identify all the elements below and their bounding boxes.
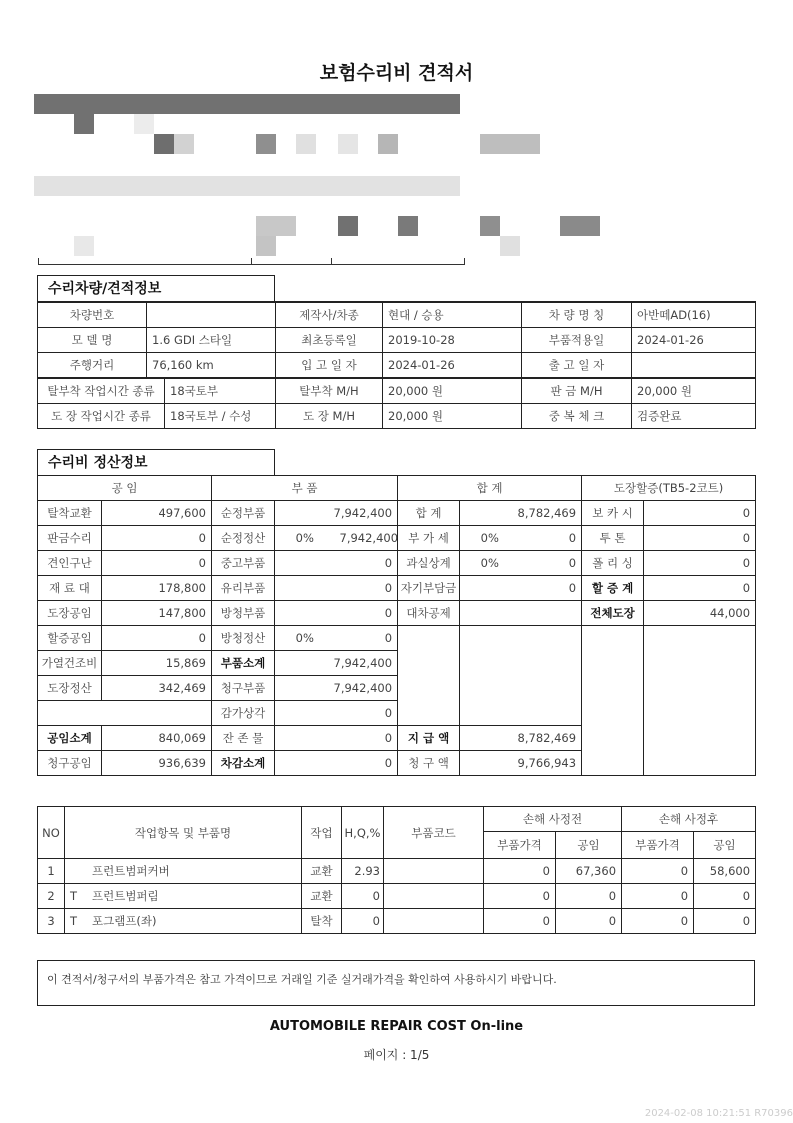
total-pct: 0% <box>460 551 520 576</box>
vehicle-row: 차량번호 제작사/차종 현대 / 승용 차 량 명 칭 아반떼AD(16) <box>38 302 756 328</box>
total-value: 0 <box>520 551 582 576</box>
item-flag: T <box>70 914 92 928</box>
item-after-part: 0 <box>622 909 694 934</box>
print-timestamp: 2024-02-08 10:21:51 R70396 <box>645 1108 793 1119</box>
vehicle-row: 모 델 명 1.6 GDI 스타일 최초등록일 2019-10-28 부품적용일… <box>38 328 756 353</box>
table-row: 3 T포그램프(좌) 탈착 0 0 0 0 0 <box>38 909 756 934</box>
label-car-name: 차 량 명 칭 <box>522 302 632 328</box>
value-model: 1.6 GDI 스타일 <box>147 328 276 353</box>
paint-value: 0 <box>644 551 756 576</box>
items-table: NO 작업항목 및 부품명 작업 H,Q,% 부품코드 손해 사정전 손해 사정… <box>37 806 756 934</box>
label-plate: 차량번호 <box>38 302 147 328</box>
header-after: 손해 사정후 <box>622 807 756 832</box>
header-before-labor: 공임 <box>556 832 622 859</box>
item-code <box>384 884 484 909</box>
label-detach-type: 탈부착 작업시간 종류 <box>38 378 165 404</box>
item-after-labor: 58,600 <box>694 859 756 884</box>
item-before-part: 0 <box>484 909 556 934</box>
labor-value: 0 <box>102 526 212 551</box>
item-no: 3 <box>38 909 65 934</box>
parts-label: 부품소계 <box>212 651 275 676</box>
empty-cell <box>644 626 756 776</box>
paint-label: 폴 리 싱 <box>582 551 644 576</box>
label-sheet-mh: 판 금 M/H <box>522 378 632 404</box>
value-paint-mh: 20,000 원 <box>383 404 522 429</box>
col-header-parts: 부 품 <box>212 476 398 501</box>
header-code: 부품코드 <box>384 807 484 859</box>
value-paint-type: 18국토부 / 수성 <box>165 404 276 429</box>
parts-value: 0 <box>275 701 398 726</box>
label-mileage: 주행거리 <box>38 353 147 379</box>
total-value: 0 <box>460 576 582 601</box>
value-sheet-mh: 20,000 원 <box>632 378 756 404</box>
footer-brand: AUTOMOBILE REPAIR COST On-line <box>0 1019 793 1034</box>
total-label: 과실상계 <box>398 551 460 576</box>
item-name: 프런트범퍼커버 <box>92 864 170 878</box>
parts-pct: 0% <box>275 626 335 651</box>
settlement-table: 공 임 부 품 합 계 도장할증(TB5-2코트) 탈착교환 497,600 순… <box>37 475 756 776</box>
value-plate <box>147 302 276 328</box>
labor-value: 497,600 <box>102 501 212 526</box>
total-pct: 0% <box>460 526 520 551</box>
value-detach-mh: 20,000 원 <box>383 378 522 404</box>
label-dup-check: 중 복 체 크 <box>522 404 632 429</box>
labor-value: 147,800 <box>102 601 212 626</box>
item-code <box>384 909 484 934</box>
price-notice: 이 견적서/청구서의 부품가격은 참고 가격이므로 거래일 기준 실거래가격을 … <box>37 960 755 1006</box>
parts-pct: 0% <box>275 526 335 551</box>
value-first-reg: 2019-10-28 <box>383 328 522 353</box>
item-name-cell: T포그램프(좌) <box>65 909 302 934</box>
total-value: 8,782,469 <box>460 726 582 751</box>
item-after-labor: 0 <box>694 884 756 909</box>
item-hq: 0 <box>342 909 384 934</box>
labor-label: 견인구난 <box>38 551 102 576</box>
table-row: 2 T프런트범퍼림 교환 0 0 0 0 0 <box>38 884 756 909</box>
item-after-part: 0 <box>622 884 694 909</box>
value-maker: 현대 / 승용 <box>383 302 522 328</box>
parts-label: 방청정산 <box>212 626 275 651</box>
item-after-part: 0 <box>622 859 694 884</box>
header-before: 손해 사정전 <box>484 807 622 832</box>
paint-label: 할 증 계 <box>582 576 644 601</box>
labor-label: 도장정산 <box>38 676 102 701</box>
vehicle-row: 주행거리 76,160 km 입 고 일 자 2024-01-26 출 고 일 … <box>38 353 756 379</box>
value-out-date <box>632 353 756 379</box>
parts-label: 순정부품 <box>212 501 275 526</box>
item-name: 포그램프(좌) <box>92 914 157 928</box>
label-first-reg: 최초등록일 <box>276 328 383 353</box>
item-hq: 0 <box>342 884 384 909</box>
empty-cell <box>398 626 460 726</box>
label-detach-mh: 탈부착 M/H <box>276 378 383 404</box>
col-header-labor: 공 임 <box>38 476 212 501</box>
parts-label: 유리부품 <box>212 576 275 601</box>
document-title: 보험수리비 견적서 <box>0 58 793 85</box>
item-before-labor: 0 <box>556 884 622 909</box>
label-paint-mh: 도 장 M/H <box>276 404 383 429</box>
paint-label: 보 카 시 <box>582 501 644 526</box>
total-label: 지 급 액 <box>398 726 460 751</box>
value-mileage: 76,160 km <box>147 353 276 379</box>
labor-label: 판금수리 <box>38 526 102 551</box>
label-out-date: 출 고 일 자 <box>522 353 632 379</box>
item-name-cell: 프런트범퍼커버 <box>65 859 302 884</box>
col-header-paint: 도장할증(TB5-2코트) <box>582 476 756 501</box>
item-name: 프런트범퍼림 <box>92 889 159 903</box>
labor-value: 15,869 <box>102 651 212 676</box>
parts-label: 순정정산 <box>212 526 275 551</box>
parts-label: 중고부품 <box>212 551 275 576</box>
labor-value: 178,800 <box>102 576 212 601</box>
total-label: 부 가 세 <box>398 526 460 551</box>
header-after-part: 부품가격 <box>622 832 694 859</box>
labor-label: 재 료 대 <box>38 576 102 601</box>
labor-label: 도장공임 <box>38 601 102 626</box>
labor-label: 청구공임 <box>38 751 102 776</box>
paint-label: 투 톤 <box>582 526 644 551</box>
page-indicator: 페이지 : 1/5 <box>0 1046 793 1063</box>
item-hq: 2.93 <box>342 859 384 884</box>
item-before-labor: 67,360 <box>556 859 622 884</box>
label-maker: 제작사/차종 <box>276 302 383 328</box>
parts-label: 차감소계 <box>212 751 275 776</box>
label-paint-type: 도 장 작업시간 종류 <box>38 404 165 429</box>
label-model: 모 델 명 <box>38 328 147 353</box>
header-no: NO <box>38 807 65 859</box>
parts-label: 청구부품 <box>212 676 275 701</box>
item-work: 교환 <box>302 884 342 909</box>
paint-value: 44,000 <box>644 601 756 626</box>
empty-cell <box>582 626 644 776</box>
labor-value: 0 <box>102 551 212 576</box>
labor-value: 840,069 <box>102 726 212 751</box>
labor-label: 가열건조비 <box>38 651 102 676</box>
item-after-labor: 0 <box>694 909 756 934</box>
item-code <box>384 859 484 884</box>
parts-label: 감가상각 <box>212 701 275 726</box>
item-flag: T <box>70 889 92 903</box>
value-in-date: 2024-01-26 <box>383 353 522 379</box>
total-label: 대차공제 <box>398 601 460 626</box>
header-before-part: 부품가격 <box>484 832 556 859</box>
parts-value: 0 <box>275 551 398 576</box>
parts-value: 0 <box>275 576 398 601</box>
value-car-name: 아반떼AD(16) <box>632 302 756 328</box>
parts-value: 0 <box>275 751 398 776</box>
parts-label: 방청부품 <box>212 601 275 626</box>
labor-label: 할증공임 <box>38 626 102 651</box>
value-dup-check: 검증완료 <box>632 404 756 429</box>
header-after-labor: 공임 <box>694 832 756 859</box>
table-row: 1 프런트범퍼커버 교환 2.93 0 67,360 0 58,600 <box>38 859 756 884</box>
header-work: 작업 <box>302 807 342 859</box>
value-part-date: 2024-01-26 <box>632 328 756 353</box>
paint-label: 전체도장 <box>582 601 644 626</box>
total-value: 9,766,943 <box>460 751 582 776</box>
item-no: 1 <box>38 859 65 884</box>
empty-cell <box>38 701 212 726</box>
parts-value: 0 <box>275 726 398 751</box>
total-value: 8,782,469 <box>460 501 582 526</box>
total-value: 0 <box>520 526 582 551</box>
item-work: 교환 <box>302 859 342 884</box>
labor-label: 공임소계 <box>38 726 102 751</box>
labor-label: 탈착교환 <box>38 501 102 526</box>
paint-value: 0 <box>644 526 756 551</box>
item-before-part: 0 <box>484 859 556 884</box>
labor-value: 0 <box>102 626 212 651</box>
vehicle-section-header: 수리차량/견적정보 <box>37 275 275 301</box>
col-header-total: 합 계 <box>398 476 582 501</box>
total-label: 자기부담금 <box>398 576 460 601</box>
parts-value: 7,942,400 <box>275 651 398 676</box>
parts-value: 7,942,400 <box>275 676 398 701</box>
vehicle-info-table: 차량번호 제작사/차종 현대 / 승용 차 량 명 칭 아반떼AD(16) 모 … <box>37 301 756 429</box>
paint-value: 0 <box>644 576 756 601</box>
value-detach-type: 18국토부 <box>165 378 276 404</box>
header-name: 작업항목 및 부품명 <box>65 807 302 859</box>
total-label: 청 구 액 <box>398 751 460 776</box>
empty-cell <box>460 626 582 726</box>
vehicle-row: 탈부착 작업시간 종류 18국토부 탈부착 M/H 20,000 원 판 금 M… <box>38 378 756 404</box>
parts-value: 0 <box>275 601 398 626</box>
total-label: 합 계 <box>398 501 460 526</box>
item-no: 2 <box>38 884 65 909</box>
parts-label: 잔 존 물 <box>212 726 275 751</box>
item-work: 탈착 <box>302 909 342 934</box>
item-before-part: 0 <box>484 884 556 909</box>
parts-value: 0 <box>335 626 398 651</box>
item-name-cell: T프런트범퍼림 <box>65 884 302 909</box>
header-hq: H,Q,% <box>342 807 384 859</box>
label-part-date: 부품적용일 <box>522 328 632 353</box>
item-before-labor: 0 <box>556 909 622 934</box>
paint-value: 0 <box>644 501 756 526</box>
parts-value: 7,942,400 <box>275 501 398 526</box>
label-in-date: 입 고 일 자 <box>276 353 383 379</box>
parts-value: 7,942,400 <box>335 526 398 551</box>
settlement-section-header: 수리비 정산정보 <box>37 449 275 475</box>
vehicle-row: 도 장 작업시간 종류 18국토부 / 수성 도 장 M/H 20,000 원 … <box>38 404 756 429</box>
labor-value: 936,639 <box>102 751 212 776</box>
labor-value: 342,469 <box>102 676 212 701</box>
total-value <box>460 601 582 626</box>
